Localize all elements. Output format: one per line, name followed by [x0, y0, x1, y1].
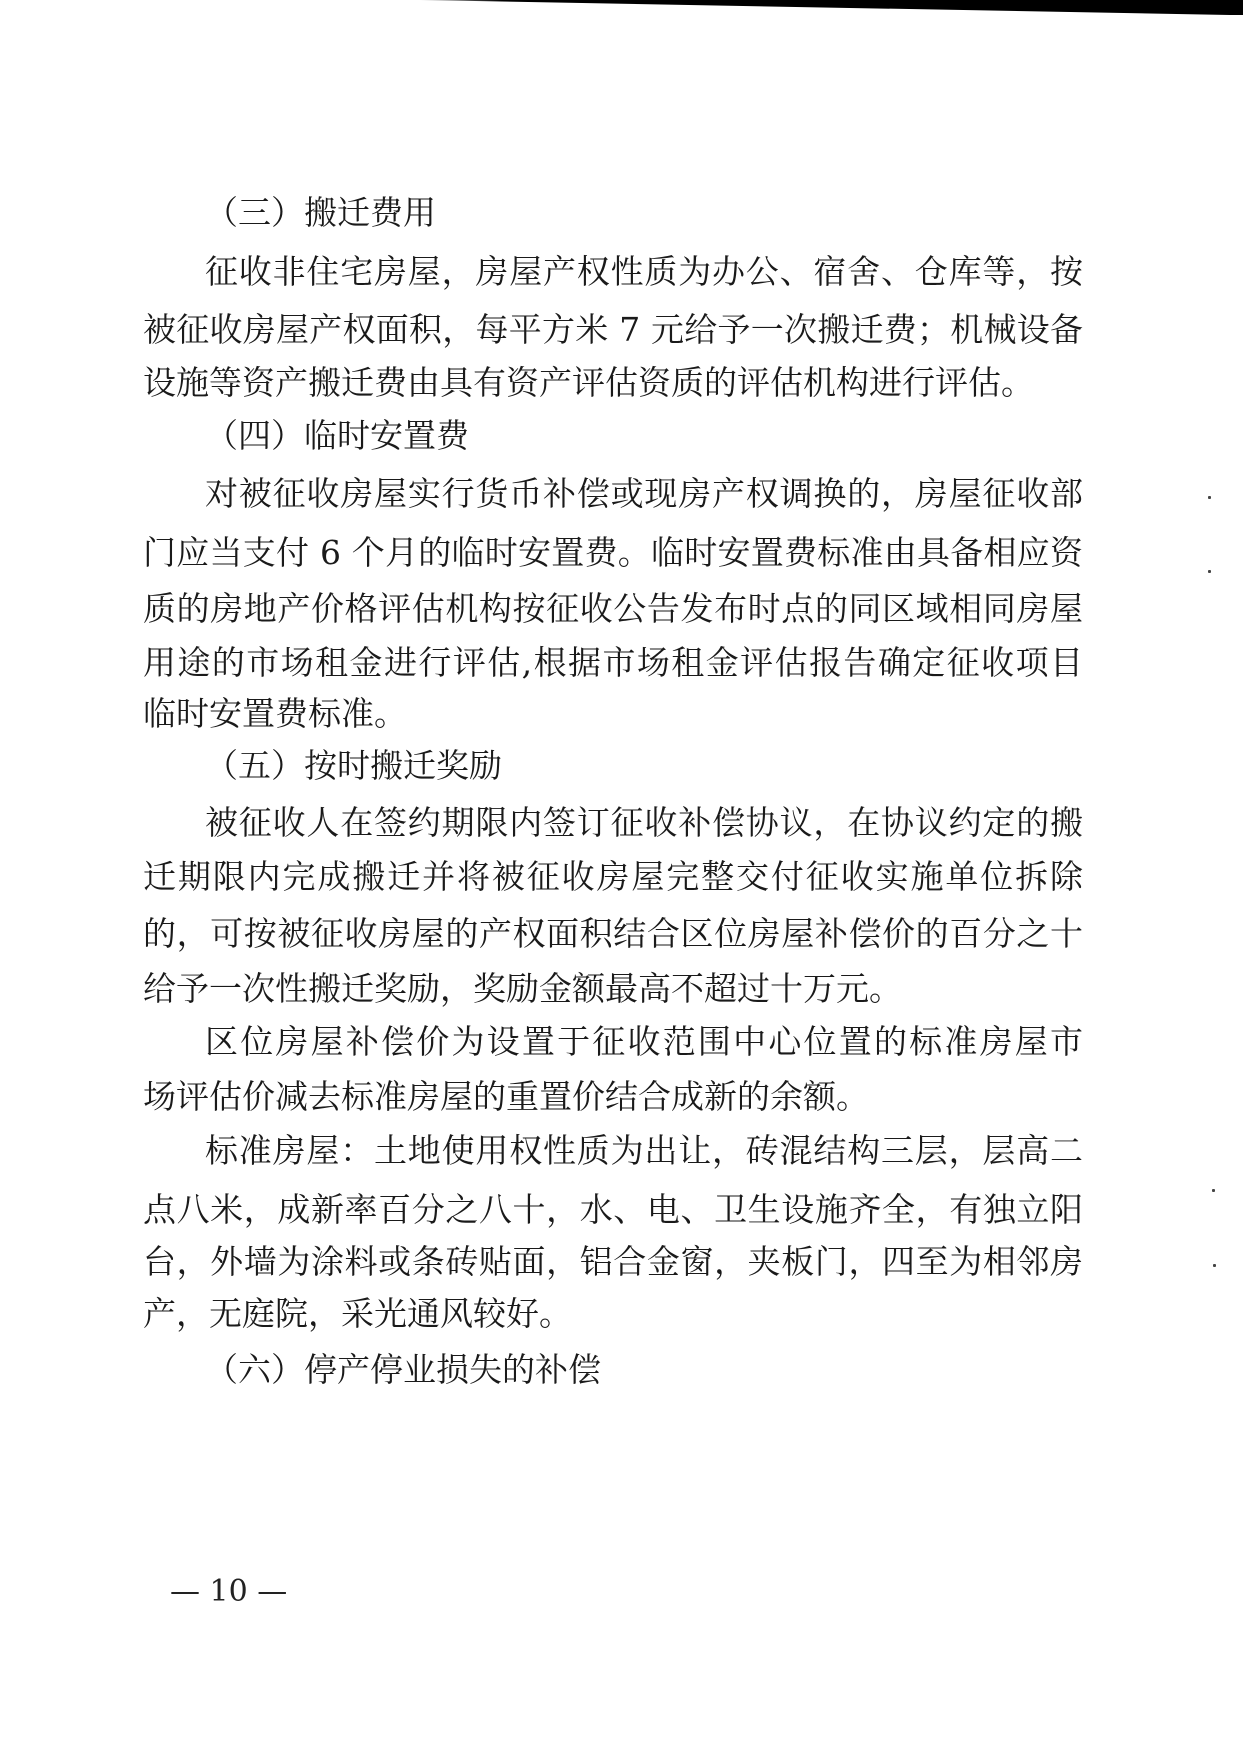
- paragraph-line: 产，无庭院，采光通风较好。: [143, 1289, 1083, 1339]
- paragraph-line: 给予一次性搬迁奖励，奖励金额最高不超过十万元。: [143, 964, 1083, 1014]
- paragraph-line: 标准房屋：土地使用权性质为出让，砖混结构三层，层高二: [205, 1126, 1083, 1176]
- paragraph-line: 征收非住宅房屋，房屋产权性质为办公、宿舍、仓库等，按: [205, 247, 1083, 297]
- paragraph-line: 被征收房屋产权面积，每平方米 7 元给予一次搬迁费；机械设备: [143, 305, 1083, 355]
- scan-speck: [1212, 1189, 1215, 1192]
- scan-speck: [1213, 1264, 1216, 1267]
- paragraph-line: 场评估价减去标准房屋的重置价结合成新的余额。: [143, 1072, 1083, 1122]
- paragraph-line: 设施等资产搬迁费由具有资产评估资质的评估机构进行评估。: [143, 358, 1083, 408]
- section-heading-4: （四）临时安置费: [205, 411, 469, 461]
- paragraph-line: 质的房地产价格评估机构按征收公告发布时点的同区域相同房屋: [143, 584, 1083, 634]
- paragraph-line: 的，可按被征收房屋的产权面积结合区位房屋补偿价的百分之十: [143, 909, 1083, 959]
- paragraph-line: 用途的市场租金进行评估,根据市场租金评估报告确定征收项目: [143, 638, 1083, 688]
- section-heading-5: （五）按时搬迁奖励: [205, 741, 502, 791]
- scan-edge-shadow: [0, 0, 1243, 16]
- paragraph-line: 被征收人在签约期限内签订征收补偿协议，在协议约定的搬: [205, 798, 1083, 848]
- paragraph-line: 门应当支付 6 个月的临时安置费。临时安置费标准由具备相应资: [143, 528, 1083, 578]
- scan-speck: [1208, 570, 1211, 573]
- paragraph-line: 对被征收房屋实行货币补偿或现房产权调换的，房屋征收部: [205, 469, 1083, 519]
- paragraph-line: 点八米，成新率百分之八十，水、电、卫生设施齐全，有独立阳: [143, 1185, 1083, 1235]
- paragraph-line: 台，外墙为涂料或条砖贴面，铝合金窗，夹板门，四至为相邻房: [143, 1237, 1083, 1287]
- section-heading-6: （六）停产停业损失的补偿: [205, 1345, 601, 1395]
- document-page: （三）搬迁费用 征收非住宅房屋，房屋产权性质为办公、宿舍、仓库等，按 被征收房屋…: [0, 0, 1243, 1759]
- section-heading-3: （三）搬迁费用: [205, 188, 436, 238]
- paragraph-line: 迁期限内完成搬迁并将被征收房屋完整交付征收实施单位拆除: [143, 852, 1083, 902]
- paragraph-line: 临时安置费标准。: [143, 689, 1083, 739]
- paragraph-line: 区位房屋补偿价为设置于征收范围中心位置的标准房屋市: [205, 1017, 1083, 1067]
- page-number: — 10 —: [170, 1572, 287, 1612]
- scan-speck: [1208, 496, 1211, 499]
